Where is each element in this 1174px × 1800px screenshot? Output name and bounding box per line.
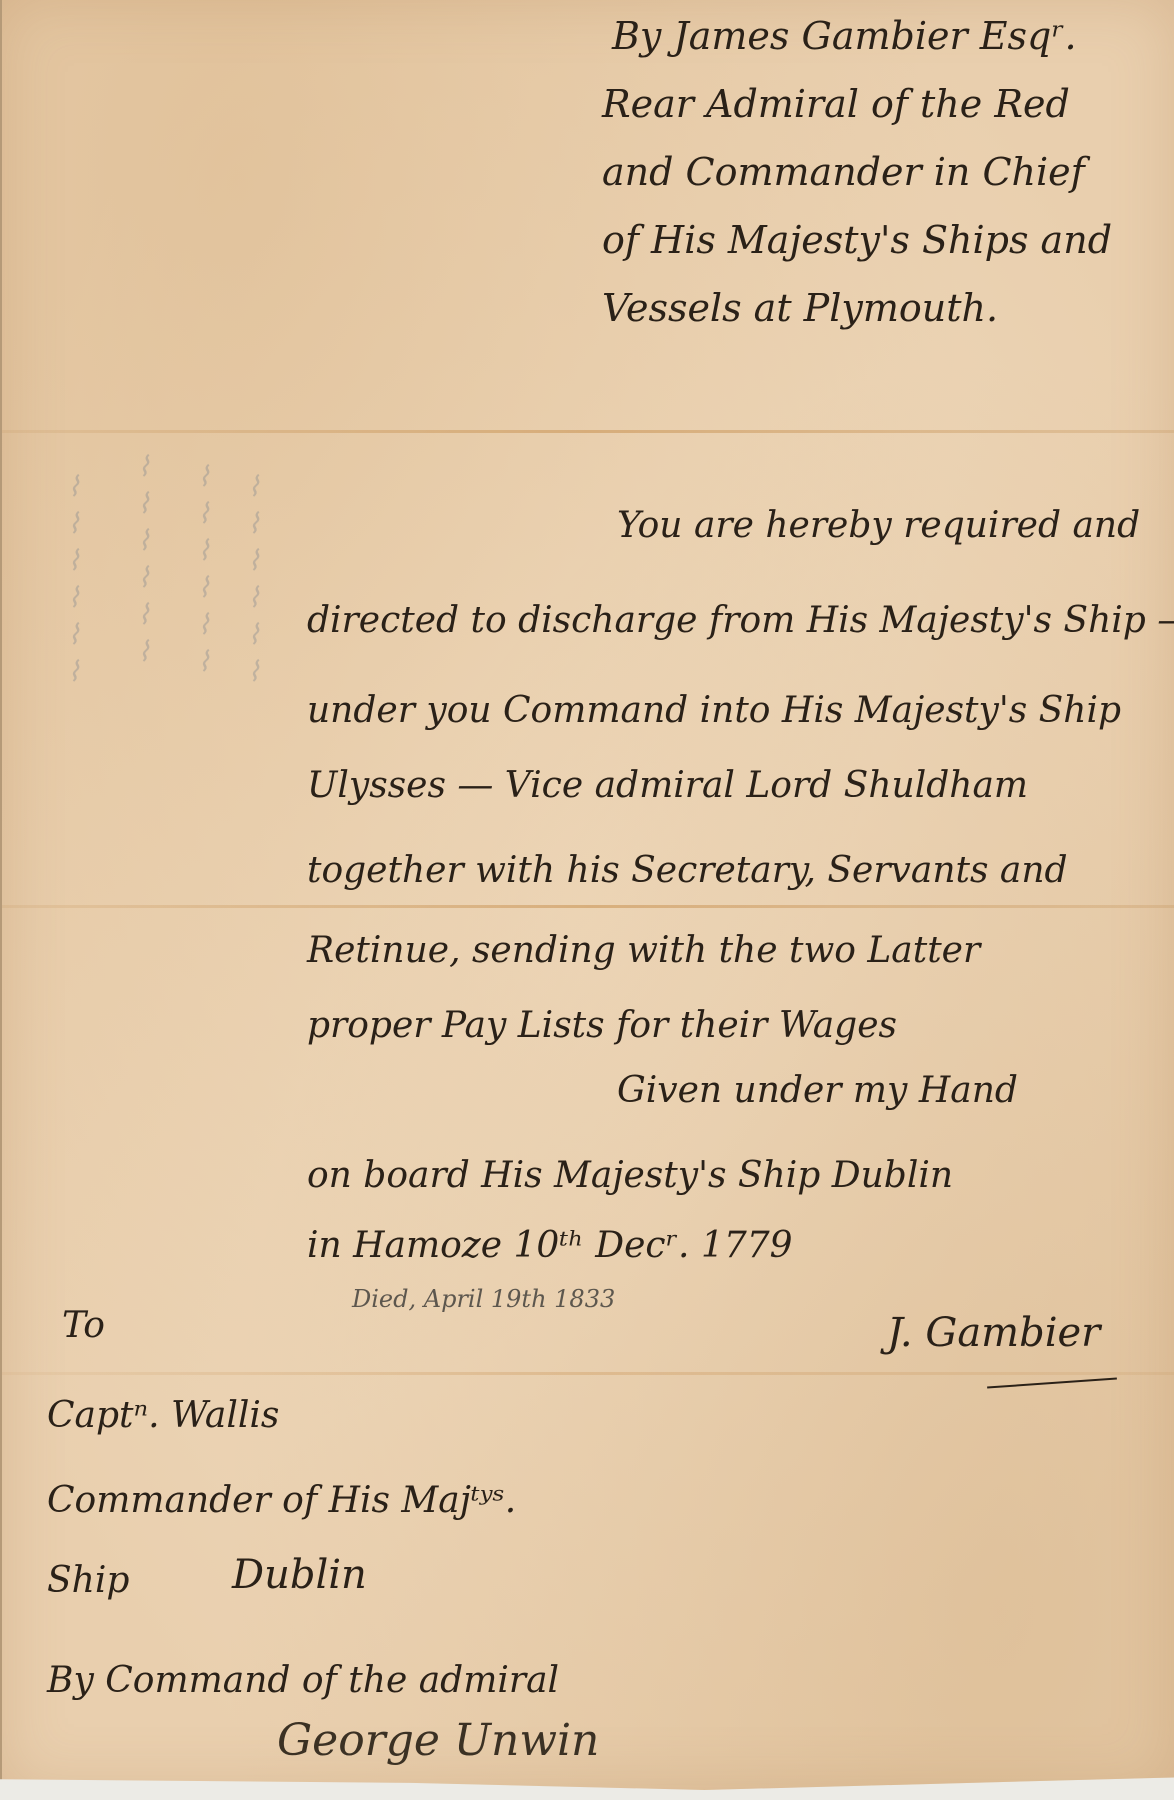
addressee-ship-name: Dublin (232, 1552, 367, 1598)
closing-date-line: in Hamoze 10ᵗʰ Decʳ. 1779 (307, 1225, 793, 1266)
fold-line-middle (2, 905, 1174, 908)
document-header: By James Gambier Esqʳ. Rear Admiral of t… (612, 2, 1112, 342)
body-line: under you Command into His Majesty's Shi… (307, 690, 1121, 731)
header-line: By James Gambier Esqʳ. (612, 2, 1112, 70)
document-paper: ⌇⌇⌇⌇⌇⌇ ⌇⌇⌇⌇⌇⌇ ⌇⌇⌇⌇⌇⌇ ⌇⌇⌇⌇⌇⌇ By James Gam… (0, 0, 1174, 1790)
body-line: directed to discharge from His Majesty's… (307, 600, 1174, 641)
faint-pencil-marks: ⌇⌇⌇⌇⌇⌇ (127, 450, 160, 830)
body-line: Retinue, sending with the two Latter (307, 930, 980, 971)
gambier-signature: J. Gambier (887, 1310, 1100, 1356)
faint-pencil-marks: ⌇⌇⌇⌇⌇⌇ (187, 460, 220, 840)
closing-line: Given under my Hand (617, 1070, 1018, 1111)
fold-line-lower (2, 1372, 1174, 1375)
faint-pencil-marks: ⌇⌇⌇⌇⌇⌇ (57, 470, 90, 830)
countersign-signature: George Unwin (277, 1715, 599, 1766)
header-line: Rear Admiral of the Red (602, 70, 1112, 138)
addressee-to: To (62, 1305, 105, 1346)
body-line: proper Pay Lists for their Wages (307, 1005, 897, 1046)
body-line: together with his Secretary, Servants an… (307, 850, 1068, 891)
addressee-name: Captⁿ. Wallis (47, 1395, 279, 1436)
header-line: and Commander in Chief (602, 138, 1112, 206)
countersign-line: By Command of the admiral (47, 1660, 559, 1701)
addressee-ship-label: Ship (47, 1560, 129, 1601)
death-date-annotation: Died, April 19th 1833 (352, 1285, 615, 1313)
faint-pencil-marks: ⌇⌇⌇⌇⌇⌇ (237, 470, 270, 830)
signature-underline (987, 1377, 1117, 1388)
header-line: Vessels at Plymouth. (602, 274, 1112, 342)
body-line: You are hereby required and (617, 505, 1140, 546)
fold-line-upper (2, 430, 1174, 433)
header-line: of His Majesty's Ships and (602, 206, 1112, 274)
closing-line: on board His Majesty's Ship Dublin (307, 1155, 953, 1196)
body-line: Ulysses — Vice admiral Lord Shuldham (307, 765, 1028, 806)
addressee-title: Commander of His Majᵗʸˢ. (47, 1480, 516, 1521)
